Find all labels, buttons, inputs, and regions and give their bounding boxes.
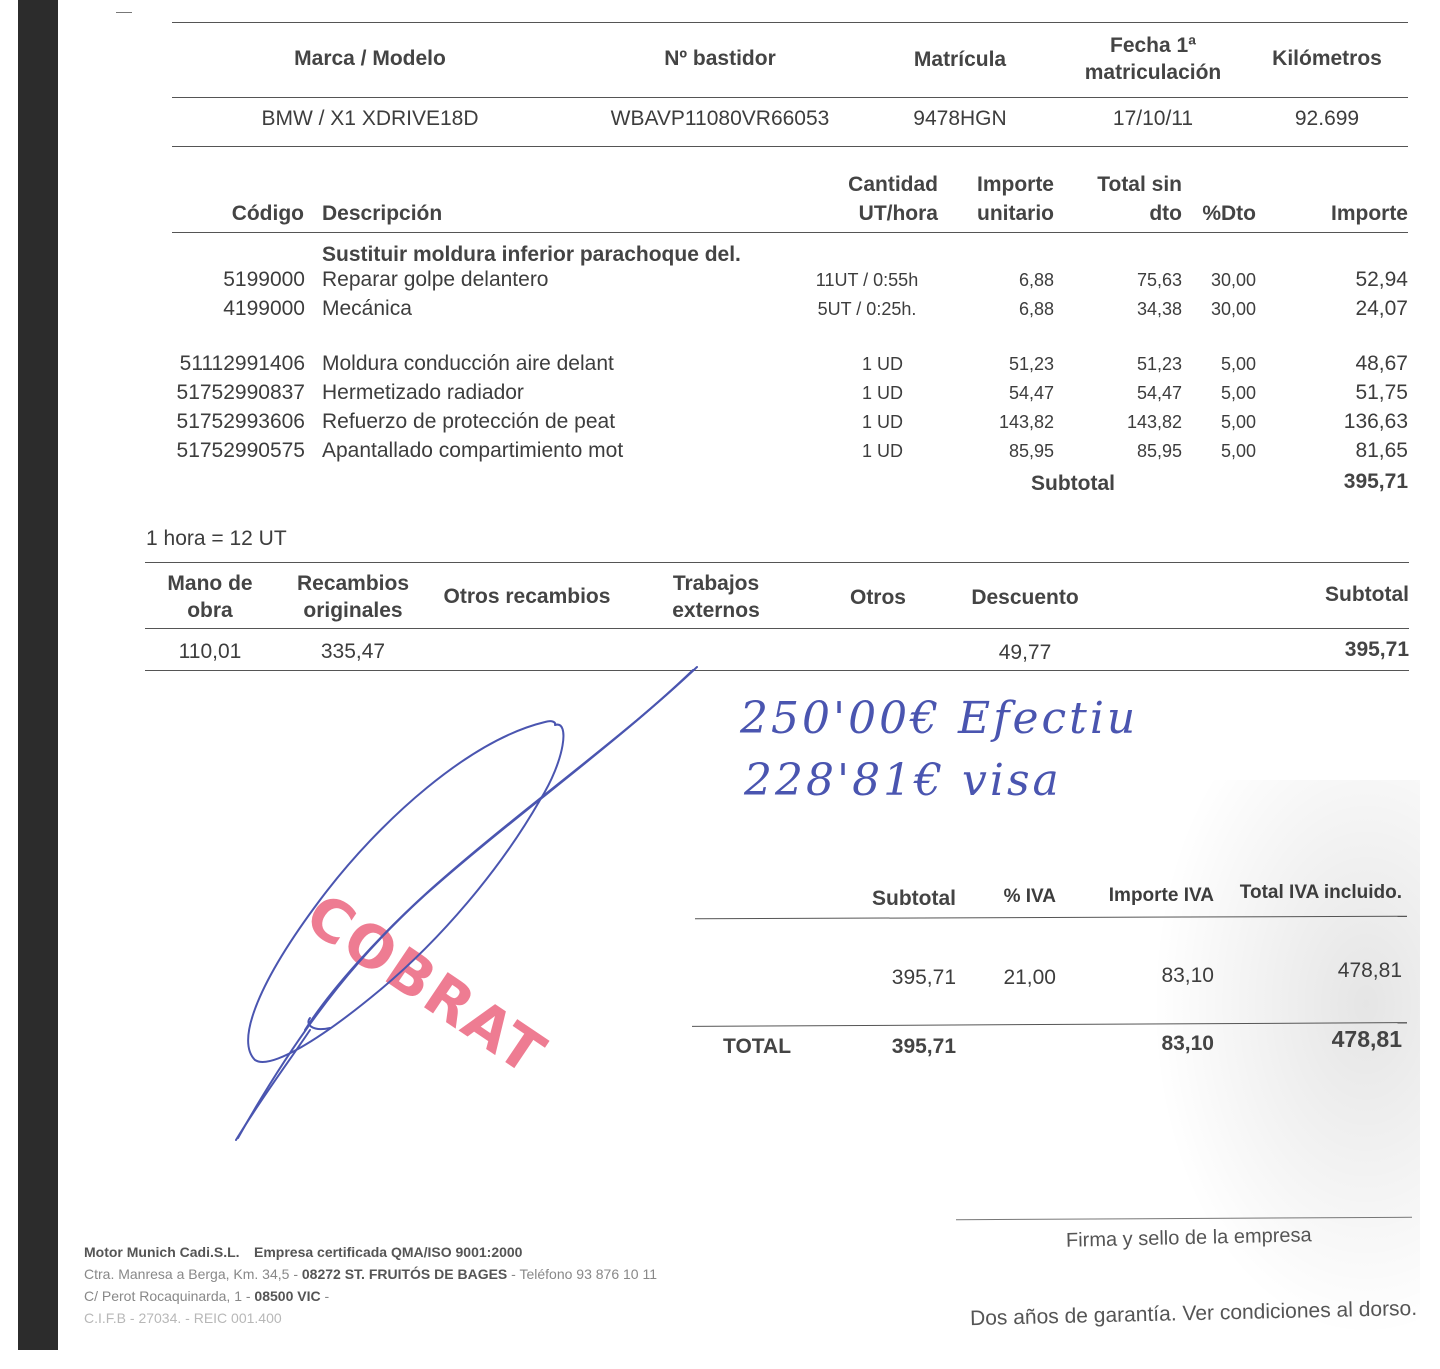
item-description: Refuerzo de protección de peat — [322, 410, 782, 434]
header-bastidor: Nº bastidor — [600, 47, 840, 71]
item-discount-pct: 5,00 — [1180, 412, 1256, 433]
item-total-no-discount: 54,47 — [1060, 383, 1182, 404]
item-quantity: 1 UD — [800, 412, 903, 433]
item-unit-price: 6,88 — [940, 299, 1054, 320]
total-subtotal-value: 395,71 — [830, 1035, 956, 1059]
header-codigo: Código — [180, 202, 304, 226]
summary-subtotal-value: 395,71 — [1260, 638, 1409, 662]
divider — [172, 146, 1408, 147]
header-matricula: Matrícula — [880, 48, 1040, 72]
divider — [172, 22, 1408, 23]
certification: Empresa certificada QMA/ISO 9001:2000 — [254, 1244, 522, 1260]
item-discount-pct: 5,00 — [1180, 441, 1256, 462]
item-amount: 81,65 — [1280, 439, 1408, 463]
total-label: TOTAL — [723, 1035, 791, 1059]
tax-header-subtotal: Subtotal — [830, 887, 956, 911]
header-trabajos-line1: Trabajos — [650, 572, 782, 596]
header-total-sin-line2: dto — [1060, 202, 1182, 226]
divider — [172, 97, 1408, 98]
tax-header-importe-iva: Importe IVA — [1080, 885, 1214, 907]
tax-header-iva-pct: % IVA — [980, 886, 1056, 908]
warranty-note: Dos años de garantía. Ver condiciones al… — [970, 1297, 1418, 1331]
item-code: 51752993606 — [150, 410, 305, 434]
first-registration: 17/10/11 — [1060, 107, 1246, 131]
header-recambios-line2: originales — [283, 599, 423, 623]
brand-model: BMW / X1 XDRIVE18D — [220, 107, 520, 131]
header-marca-modelo: Marca / Modelo — [250, 47, 490, 71]
header-fecha-line1: Fecha 1ª — [1060, 34, 1246, 58]
item-discount-pct: 30,00 — [1180, 299, 1256, 320]
header-importe: Importe — [1280, 202, 1408, 226]
header-importe-unit-line2: unitario — [940, 202, 1054, 226]
item-quantity: 11UT / 0:55h — [800, 270, 934, 291]
tax-header-total: Total IVA incluido. — [1226, 882, 1402, 904]
subtotal-value: 395,71 — [1280, 470, 1408, 494]
item-total-no-discount: 51,23 — [1060, 354, 1182, 375]
header-otros-recambios: Otros recambios — [430, 585, 624, 609]
kilometers: 92.699 — [1256, 107, 1398, 131]
item-amount: 48,67 — [1280, 352, 1408, 376]
grand-total-value: 478,81 — [1226, 1026, 1402, 1053]
signature-label: Firma y sello de la empresa — [1066, 1224, 1312, 1253]
header-importe-unit-line1: Importe — [940, 173, 1054, 197]
item-unit-price: 6,88 — [940, 270, 1054, 291]
vin: WBAVP11080VR66053 — [580, 107, 860, 131]
cobrat-stamp: COBRAT — [294, 880, 558, 1089]
item-discount-pct: 30,00 — [1180, 270, 1256, 291]
item-quantity: 5UT / 0:25h. — [800, 299, 934, 320]
item-unit-price: 51,23 — [940, 354, 1054, 375]
address-2-tail: - — [321, 1288, 330, 1304]
group-title: Sustituir moldura inferior parachoque de… — [322, 243, 741, 267]
descuento-value: 49,77 — [950, 641, 1100, 665]
company-registration: C.I.F.B - 27034. - REIC 001.400 — [84, 1310, 282, 1326]
item-amount: 51,75 — [1280, 381, 1408, 405]
item-code: 51752990575 — [150, 439, 305, 463]
header-total-sin-line1: Total sin — [1060, 173, 1182, 197]
address-line-1: Ctra. Manresa a Berga, Km. 34,5 - 08272 … — [84, 1266, 657, 1284]
tax-iva-pct-value: 21,00 — [980, 966, 1056, 990]
company-line: Motor Munich Cadi.S.L. Empresa certifica… — [84, 1244, 522, 1262]
handwritten-payment-visa: 228'81€ visa — [744, 750, 1062, 812]
address-2-street: C/ Perot Rocaquinarda, 1 - — [84, 1288, 254, 1304]
header-subtotal: Subtotal — [1260, 583, 1409, 607]
item-code: 51112991406 — [150, 352, 305, 376]
scan-binder-edge — [18, 0, 58, 1350]
tax-total-value: 478,81 — [1226, 959, 1402, 983]
tax-importe-iva-value: 83,10 — [1080, 964, 1214, 988]
item-amount: 136,63 — [1280, 410, 1408, 434]
item-amount: 52,94 — [1280, 268, 1408, 292]
address-1-street: Ctra. Manresa a Berga, Km. 34,5 - — [84, 1266, 302, 1282]
divider — [145, 562, 1409, 563]
item-total-no-discount: 34,38 — [1060, 299, 1182, 320]
address-2-city: 08500 VIC — [254, 1288, 320, 1304]
item-unit-price: 143,82 — [940, 412, 1054, 433]
recambios-value: 335,47 — [283, 640, 423, 664]
item-code: 51752990837 — [150, 381, 305, 405]
scan-shadow — [1150, 780, 1420, 1340]
header-mano-obra-line1: Mano de — [150, 572, 270, 596]
item-unit-price: 85,95 — [940, 441, 1054, 462]
item-discount-pct: 5,00 — [1180, 383, 1256, 404]
plate: 9478HGN — [880, 107, 1040, 131]
header-descripcion: Descripción — [322, 202, 442, 226]
item-total-no-discount: 75,63 — [1060, 270, 1182, 291]
header-recambios-line1: Recambios — [283, 572, 423, 596]
item-code: 5199000 — [150, 268, 305, 292]
address-1-phone: - Teléfono 93 876 10 11 — [507, 1266, 657, 1282]
header-dto: %Dto — [1180, 202, 1256, 226]
subtotal-label: Subtotal — [1031, 472, 1115, 496]
address-1-city: 08272 ST. FRUITÓS DE BAGES — [302, 1266, 507, 1282]
header-trabajos-line2: externos — [650, 599, 782, 623]
mano-obra-value: 110,01 — [150, 640, 270, 664]
item-quantity: 1 UD — [800, 354, 903, 375]
item-description: Reparar golpe delantero — [322, 268, 782, 292]
item-total-no-discount: 143,82 — [1060, 412, 1182, 433]
item-description: Moldura conducción aire delant — [322, 352, 782, 376]
header-cantidad-line1: Cantidad — [800, 173, 938, 197]
item-total-no-discount: 85,95 — [1060, 441, 1182, 462]
divider — [172, 232, 1408, 233]
hour-note: 1 hora = 12 UT — [146, 527, 287, 551]
header-fecha-line2: matriculación — [1060, 61, 1246, 85]
item-quantity: 1 UD — [800, 441, 903, 462]
divider — [145, 670, 1409, 671]
header-cantidad-line2: UT/hora — [800, 202, 938, 226]
header-kilometros: Kilómetros — [1256, 47, 1398, 71]
signature-line — [956, 1217, 1412, 1220]
item-unit-price: 54,47 — [940, 383, 1054, 404]
divider — [695, 916, 1407, 919]
total-importe-iva-value: 83,10 — [1080, 1032, 1214, 1056]
tax-subtotal-value: 395,71 — [830, 966, 956, 990]
address-line-2: C/ Perot Rocaquinarda, 1 - 08500 VIC - — [84, 1288, 329, 1306]
header-descuento: Descuento — [950, 586, 1100, 610]
handwritten-payment-cash: 250'00€ Efectiu — [740, 688, 1138, 750]
item-description: Hermetizado radiador — [322, 381, 782, 405]
header-mano-obra-line2: obra — [150, 599, 270, 623]
scan-mark — [116, 12, 132, 13]
item-code: 4199000 — [150, 297, 305, 321]
item-description: Apantallado compartimiento mot — [322, 439, 782, 463]
item-discount-pct: 5,00 — [1180, 354, 1256, 375]
header-otros: Otros — [830, 586, 926, 610]
item-description: Mecánica — [322, 297, 782, 321]
divider — [145, 628, 1409, 629]
item-quantity: 1 UD — [800, 383, 903, 404]
company-name: Motor Munich Cadi.S.L. — [84, 1244, 240, 1260]
item-amount: 24,07 — [1280, 297, 1408, 321]
